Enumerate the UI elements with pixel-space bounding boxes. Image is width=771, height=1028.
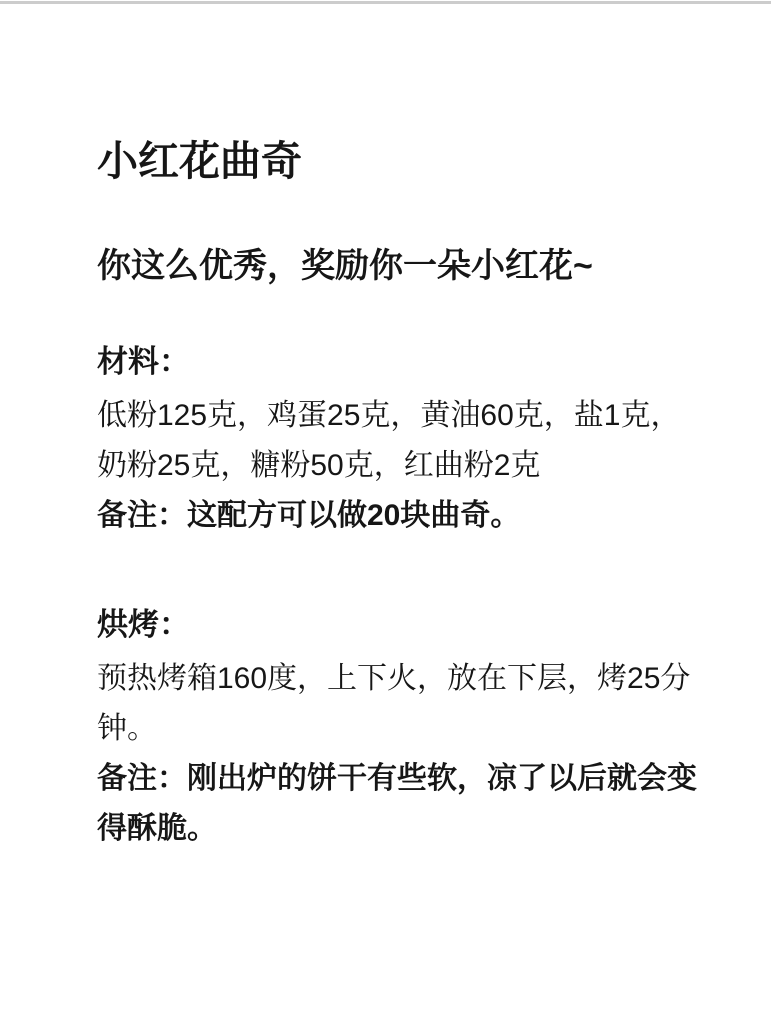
section-materials: 材料： 低粉125克，鸡蛋25克，黄油60克，盐1克， 奶粉25克，糖粉50克，…: [97, 343, 737, 541]
materials-body-line: 奶粉25克，糖粉50克，红曲粉2克: [97, 441, 737, 491]
baking-heading: 烘烤：: [97, 606, 737, 644]
materials-heading: 材料：: [97, 343, 737, 381]
page-title: 小红花曲奇: [97, 137, 302, 185]
baking-note-line: 得酥脆。: [97, 804, 737, 854]
section-baking: 烘烤： 预热烤箱160度，上下火，放在下层，烤25分 钟。 备注：刚出炉的饼干有…: [97, 606, 737, 854]
top-divider: [0, 1, 771, 4]
baking-body-line: 预热烤箱160度，上下火，放在下层，烤25分: [97, 654, 737, 704]
page-subtitle: 你这么优秀，奖励你一朵小红花~: [97, 246, 593, 287]
baking-body-line: 钟。: [97, 704, 737, 754]
materials-note-line: 备注：这配方可以做20块曲奇。: [97, 491, 737, 541]
baking-note-line: 备注：刚出炉的饼干有些软，凉了以后就会变: [97, 754, 737, 804]
recipe-page: { "colors": { "text": "#161616", "top_ru…: [0, 0, 771, 1028]
materials-body-line: 低粉125克，鸡蛋25克，黄油60克，盐1克，: [97, 391, 737, 441]
